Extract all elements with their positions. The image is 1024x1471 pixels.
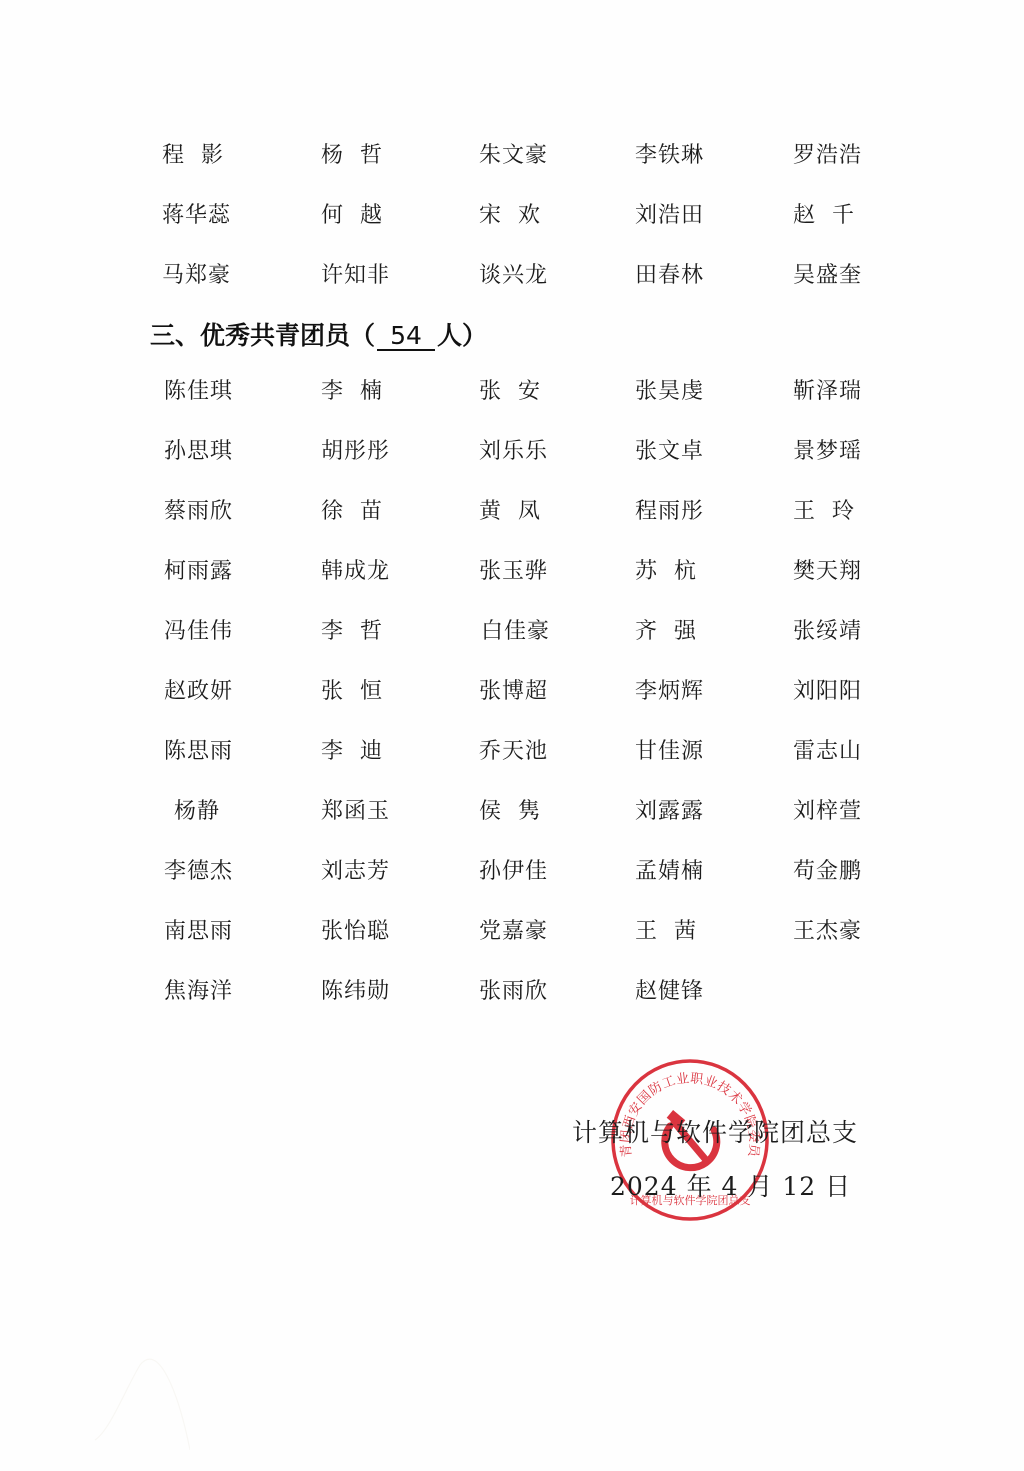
name-cell: 张绥靖	[793, 617, 903, 647]
name-cell: 何 越	[321, 201, 431, 231]
name-cell: 孙思琪	[164, 437, 274, 467]
name-cell: 南思雨	[164, 917, 274, 947]
name-cell: 田春林	[635, 261, 745, 291]
name-row: 李德杰 刘志芳 孙伊佳 孟婧楠 苟金鹏	[0, 857, 1024, 897]
name-cell: 王 玲	[793, 497, 903, 527]
name-cell: 李 迪	[321, 737, 431, 767]
name-cell: 樊天翔	[793, 557, 903, 587]
name-cell: 郑函玉	[321, 797, 431, 827]
name-cell: 乔天池	[479, 737, 589, 767]
name-cell: 张雨欣	[479, 977, 589, 1007]
name-cell: 苟金鹏	[793, 857, 903, 887]
name-cell: 王杰豪	[793, 917, 903, 947]
name-cell: 柯雨露	[164, 557, 274, 587]
name-cell: 孙伊佳	[479, 857, 589, 887]
heading-prefix: 三、优秀共青团员（	[150, 321, 375, 350]
name-row: 蒋华蕊 何 越 宋 欢 刘浩田 赵 千	[0, 201, 1024, 241]
name-cell: 苏 杭	[635, 557, 745, 587]
name-cell: 张博超	[479, 677, 589, 707]
member-count: 54	[377, 323, 435, 351]
name-cell: 张 安	[479, 377, 589, 407]
name-cell: 刘露露	[635, 797, 745, 827]
name-cell: 韩成龙	[321, 557, 431, 587]
name-cell: 陈佳琪	[164, 377, 274, 407]
name-cell: 徐 苗	[321, 497, 431, 527]
name-cell: 侯 隽	[479, 797, 589, 827]
issue-date: 2024 年 4 月 12 日	[610, 1170, 851, 1204]
name-cell: 蒋华蕊	[162, 201, 272, 231]
name-cell: 李 哲	[321, 617, 431, 647]
issuing-organization: 计算机与软件学院团总支	[572, 1116, 858, 1150]
name-cell: 程雨彤	[635, 497, 745, 527]
name-cell: 李炳辉	[635, 677, 745, 707]
name-cell: 王 茜	[635, 917, 745, 947]
name-cell: 景梦瑶	[793, 437, 903, 467]
name-row: 焦海洋 陈纬勋 张雨欣 赵健锋	[0, 977, 1024, 1017]
name-row: 陈佳琪 李 楠 张 安 张昊虔 靳泽瑞	[0, 377, 1024, 417]
name-cell: 党嘉豪	[479, 917, 589, 947]
name-cell: 刘梓萱	[793, 797, 903, 827]
name-cell: 张 恒	[321, 677, 431, 707]
document-page: 程 影 杨 哲 朱文豪 李铁琳 罗浩浩 蒋华蕊 何 越 宋 欢 刘浩田 赵 千 …	[0, 0, 1024, 1471]
name-cell: 甘佳源	[635, 737, 745, 767]
name-cell: 李 楠	[321, 377, 431, 407]
name-row: 柯雨露 韩成龙 张玉骅 苏 杭 樊天翔	[0, 557, 1024, 597]
name-cell: 赵政妍	[164, 677, 274, 707]
name-cell: 张文卓	[635, 437, 745, 467]
name-row: 蔡雨欣 徐 苗 黄 凤 程雨彤 王 玲	[0, 497, 1024, 537]
name-cell: 齐 强	[635, 617, 745, 647]
name-cell: 许知非	[321, 261, 431, 291]
name-cell: 张玉骅	[479, 557, 589, 587]
name-cell: 李铁琳	[635, 141, 745, 171]
name-cell: 谈兴龙	[479, 261, 589, 291]
name-row: 南思雨 张怡聪 党嘉豪 王 茜 王杰豪	[0, 917, 1024, 957]
name-cell: 陈纬勋	[321, 977, 431, 1007]
name-cell: 白佳豪	[481, 617, 591, 647]
name-cell: 李德杰	[164, 857, 274, 887]
name-cell: 雷志山	[793, 737, 903, 767]
name-cell: 吴盛奎	[793, 261, 903, 291]
name-cell: 程 影	[162, 141, 272, 171]
name-cell: 刘志芳	[321, 857, 431, 887]
name-row: 程 影 杨 哲 朱文豪 李铁琳 罗浩浩	[0, 141, 1024, 181]
name-cell: 刘浩田	[635, 201, 745, 231]
name-row: 陈思雨 李 迪 乔天池 甘佳源 雷志山	[0, 737, 1024, 777]
name-cell: 冯佳伟	[164, 617, 274, 647]
section-three-heading: 三、优秀共青团员（54人）	[150, 318, 487, 354]
scan-artifact	[40, 1300, 190, 1460]
name-cell: 朱文豪	[479, 141, 589, 171]
name-cell: 刘乐乐	[479, 437, 589, 467]
name-cell: 靳泽瑞	[793, 377, 903, 407]
name-row: 马郑豪 许知非 谈兴龙 田春林 吴盛奎	[0, 261, 1024, 301]
name-cell: 赵健锋	[635, 977, 745, 1007]
name-cell: 张怡聪	[321, 917, 431, 947]
name-cell: 刘阳阳	[793, 677, 903, 707]
name-row: 赵政妍 张 恒 张博超 李炳辉 刘阳阳	[0, 677, 1024, 717]
name-cell: 罗浩浩	[793, 141, 903, 171]
name-row: 孙思琪 胡彤彤 刘乐乐 张文卓 景梦瑶	[0, 437, 1024, 477]
name-cell: 赵 千	[793, 201, 903, 231]
name-row: 冯佳伟 李 哲 白佳豪 齐 强 张绥靖	[0, 617, 1024, 657]
name-cell: 陈思雨	[164, 737, 274, 767]
name-cell: 焦海洋	[164, 977, 274, 1007]
name-cell: 张昊虔	[635, 377, 745, 407]
name-cell: 杨 哲	[321, 141, 431, 171]
name-cell: 孟婧楠	[635, 857, 745, 887]
name-cell: 胡彤彤	[321, 437, 431, 467]
name-row: 杨静 郑函玉 侯 隽 刘露露 刘梓萱	[0, 797, 1024, 837]
name-cell: 黄 凤	[479, 497, 589, 527]
name-cell: 蔡雨欣	[164, 497, 274, 527]
name-cell: 宋 欢	[479, 201, 589, 231]
name-cell: 杨静	[166, 797, 276, 827]
heading-suffix: 人）	[437, 321, 487, 350]
name-cell: 马郑豪	[162, 261, 272, 291]
